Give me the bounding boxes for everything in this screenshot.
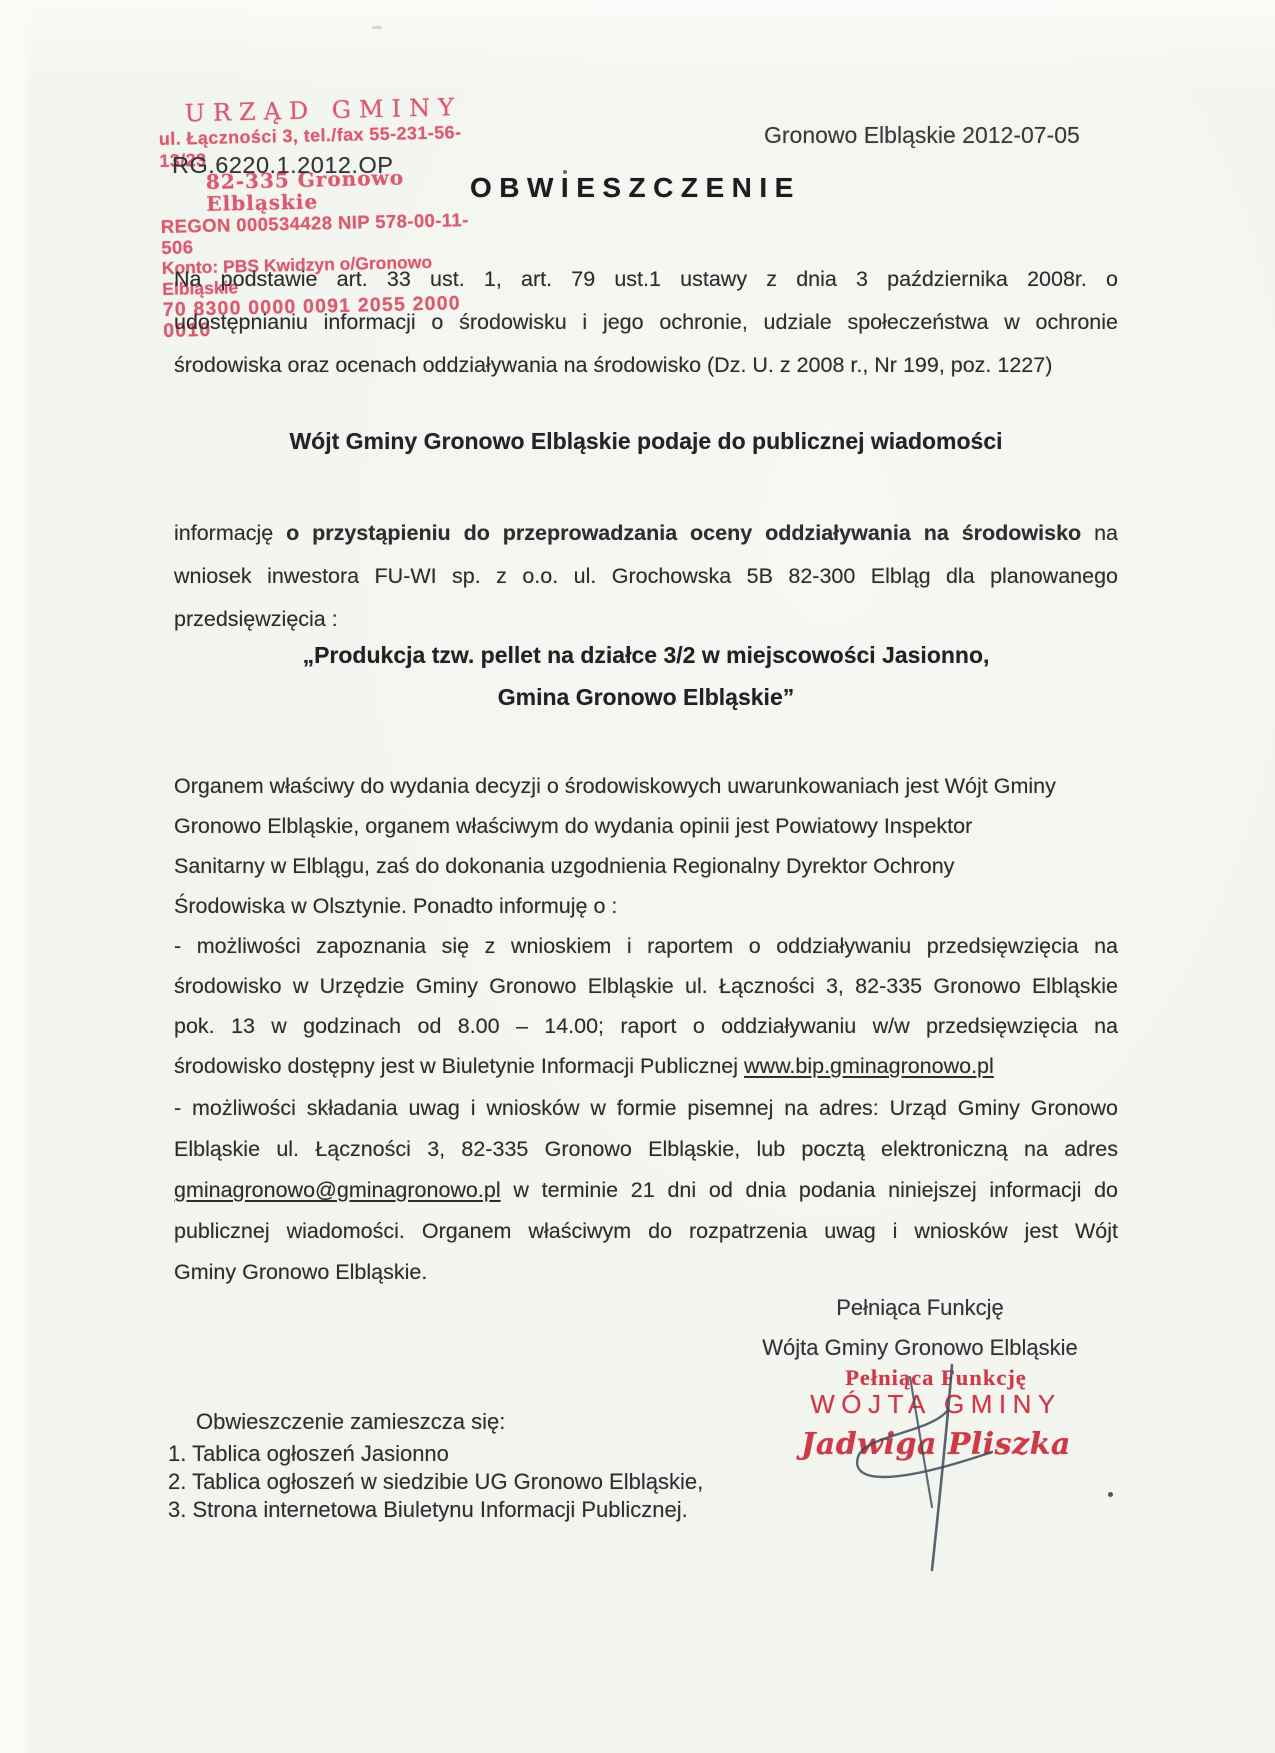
place-and-date: Gronowo Elbląskie 2012-07-05	[764, 122, 1080, 149]
scanned-document-page: URZĄD GMINY ul. Łączności 3, tel./fax 55…	[0, 0, 1275, 1753]
text-line: środowisko dostępny jest w Biuletynie In…	[174, 1046, 1118, 1086]
text-line: pok. 13 w godzinach od 8.00 – 14.00; rap…	[174, 1006, 1118, 1046]
posting-locations: Obwieszczenie zamieszcza się: 1. Tablica…	[168, 1408, 703, 1524]
text-line: Elbląskie ul. Łączności 3, 82-335 Gronow…	[174, 1129, 1118, 1170]
text-line: Gmina Gronowo Elbląskie”	[174, 676, 1118, 718]
text-line: informację o przystąpieniu do przeprowad…	[174, 512, 1118, 555]
stamp-regon-nip-line: REGON 000534428 NIP 578-00-11-506	[161, 208, 492, 257]
posting-locations-items: 1. Tablica ogłoszeń Jasionno2. Tablica o…	[168, 1440, 703, 1524]
text-line: wniosek inwestora FU-WI sp. z o.o. ul. G…	[174, 555, 1118, 598]
text-line: 1. Tablica ogłoszeń Jasionno	[168, 1440, 703, 1468]
handwritten-signature	[820, 1355, 1030, 1605]
text-line: 3. Strona internetowa Biuletynu Informac…	[168, 1496, 703, 1524]
text-line: Sanitarny w Elblągu, zaś do dokonania uz…	[174, 846, 1118, 886]
text-line: - możliwości zapoznania się z wnioskiem …	[174, 926, 1118, 966]
text-line: - możliwości składania uwag i wniosków w…	[174, 1088, 1118, 1129]
text-line: „Produkcja tzw. pellet na działce 3/2 w …	[174, 634, 1118, 676]
scan-artifact-dot	[563, 170, 567, 174]
text-line: Gminy Gronowo Elbląskie.	[174, 1252, 1118, 1293]
email-text: gminagronowo@gminagronowo.pl	[174, 1178, 501, 1202]
text-line: środowisko w Urzędzie Gminy Gronowo Elbl…	[174, 966, 1118, 1006]
bip-url-text: www.bip.gminagronowo.pl	[744, 1054, 994, 1078]
posting-locations-heading: Obwieszczenie zamieszcza się:	[168, 1408, 703, 1436]
paragraph-investor-info: informację o przystąpieniu do przeprowad…	[174, 512, 1118, 641]
text-line: udostępnianiu informacji o środowisku i …	[174, 301, 1118, 344]
project-title: „Produkcja tzw. pellet na działce 3/2 w …	[174, 634, 1118, 718]
text-line: 2. Tablica ogłoszeń w siedzibie UG Grono…	[168, 1468, 703, 1496]
text-line: Środowiska w Olsztynie. Ponadto informuj…	[174, 886, 1118, 926]
plain-segment: informację	[174, 521, 286, 545]
paragraph-report-access: - możliwości zapoznania się z wnioskiem …	[174, 926, 1118, 1086]
plain-segment: na	[1081, 521, 1118, 545]
paragraph-remarks: - możliwości składania uwag i wniosków w…	[174, 1088, 1118, 1293]
text-line: Pełniąca Funkcję	[580, 1288, 1260, 1328]
paragraph-authorities: Organem właściwy do wydania decyzji o śr…	[174, 766, 1118, 926]
bold-segment: o przystąpieniu do przeprowadzania oceny…	[286, 521, 1081, 545]
text-line: gminagronowo@gminagronowo.pl w terminie …	[174, 1170, 1118, 1211]
reference-number: RG.6220.1.2012.OP	[172, 152, 393, 179]
scan-artifact-smudge	[372, 26, 382, 29]
text-line: Gronowo Elbląskie, organem właściwym do …	[174, 806, 1118, 846]
paragraph-legal-basis: Na podstawie art. 33 ust. 1, art. 79 ust…	[174, 258, 1118, 387]
text-line: środowiska oraz ocenach oddziaływania na…	[174, 344, 1118, 387]
plain-segment: w terminie 21 dni od dnia podania niniej…	[501, 1178, 1118, 1202]
text-line: Organem właściwy do wydania decyzji o śr…	[174, 766, 1118, 806]
document-title: OBWIESZCZENIE	[470, 172, 801, 204]
plain-segment: środowisko dostępny jest w Biuletynie In…	[174, 1054, 744, 1078]
text-line: publicznej wiadomości. Organem właściwym…	[174, 1211, 1118, 1252]
text-line: Na podstawie art. 33 ust. 1, art. 79 ust…	[174, 258, 1118, 301]
scan-artifact-dot	[1108, 1492, 1113, 1497]
justified-lines: - możliwości zapoznania się z wnioskiem …	[174, 926, 1118, 1046]
announcement-heading: Wójt Gminy Gronowo Elbląskie podaje do p…	[174, 428, 1118, 455]
